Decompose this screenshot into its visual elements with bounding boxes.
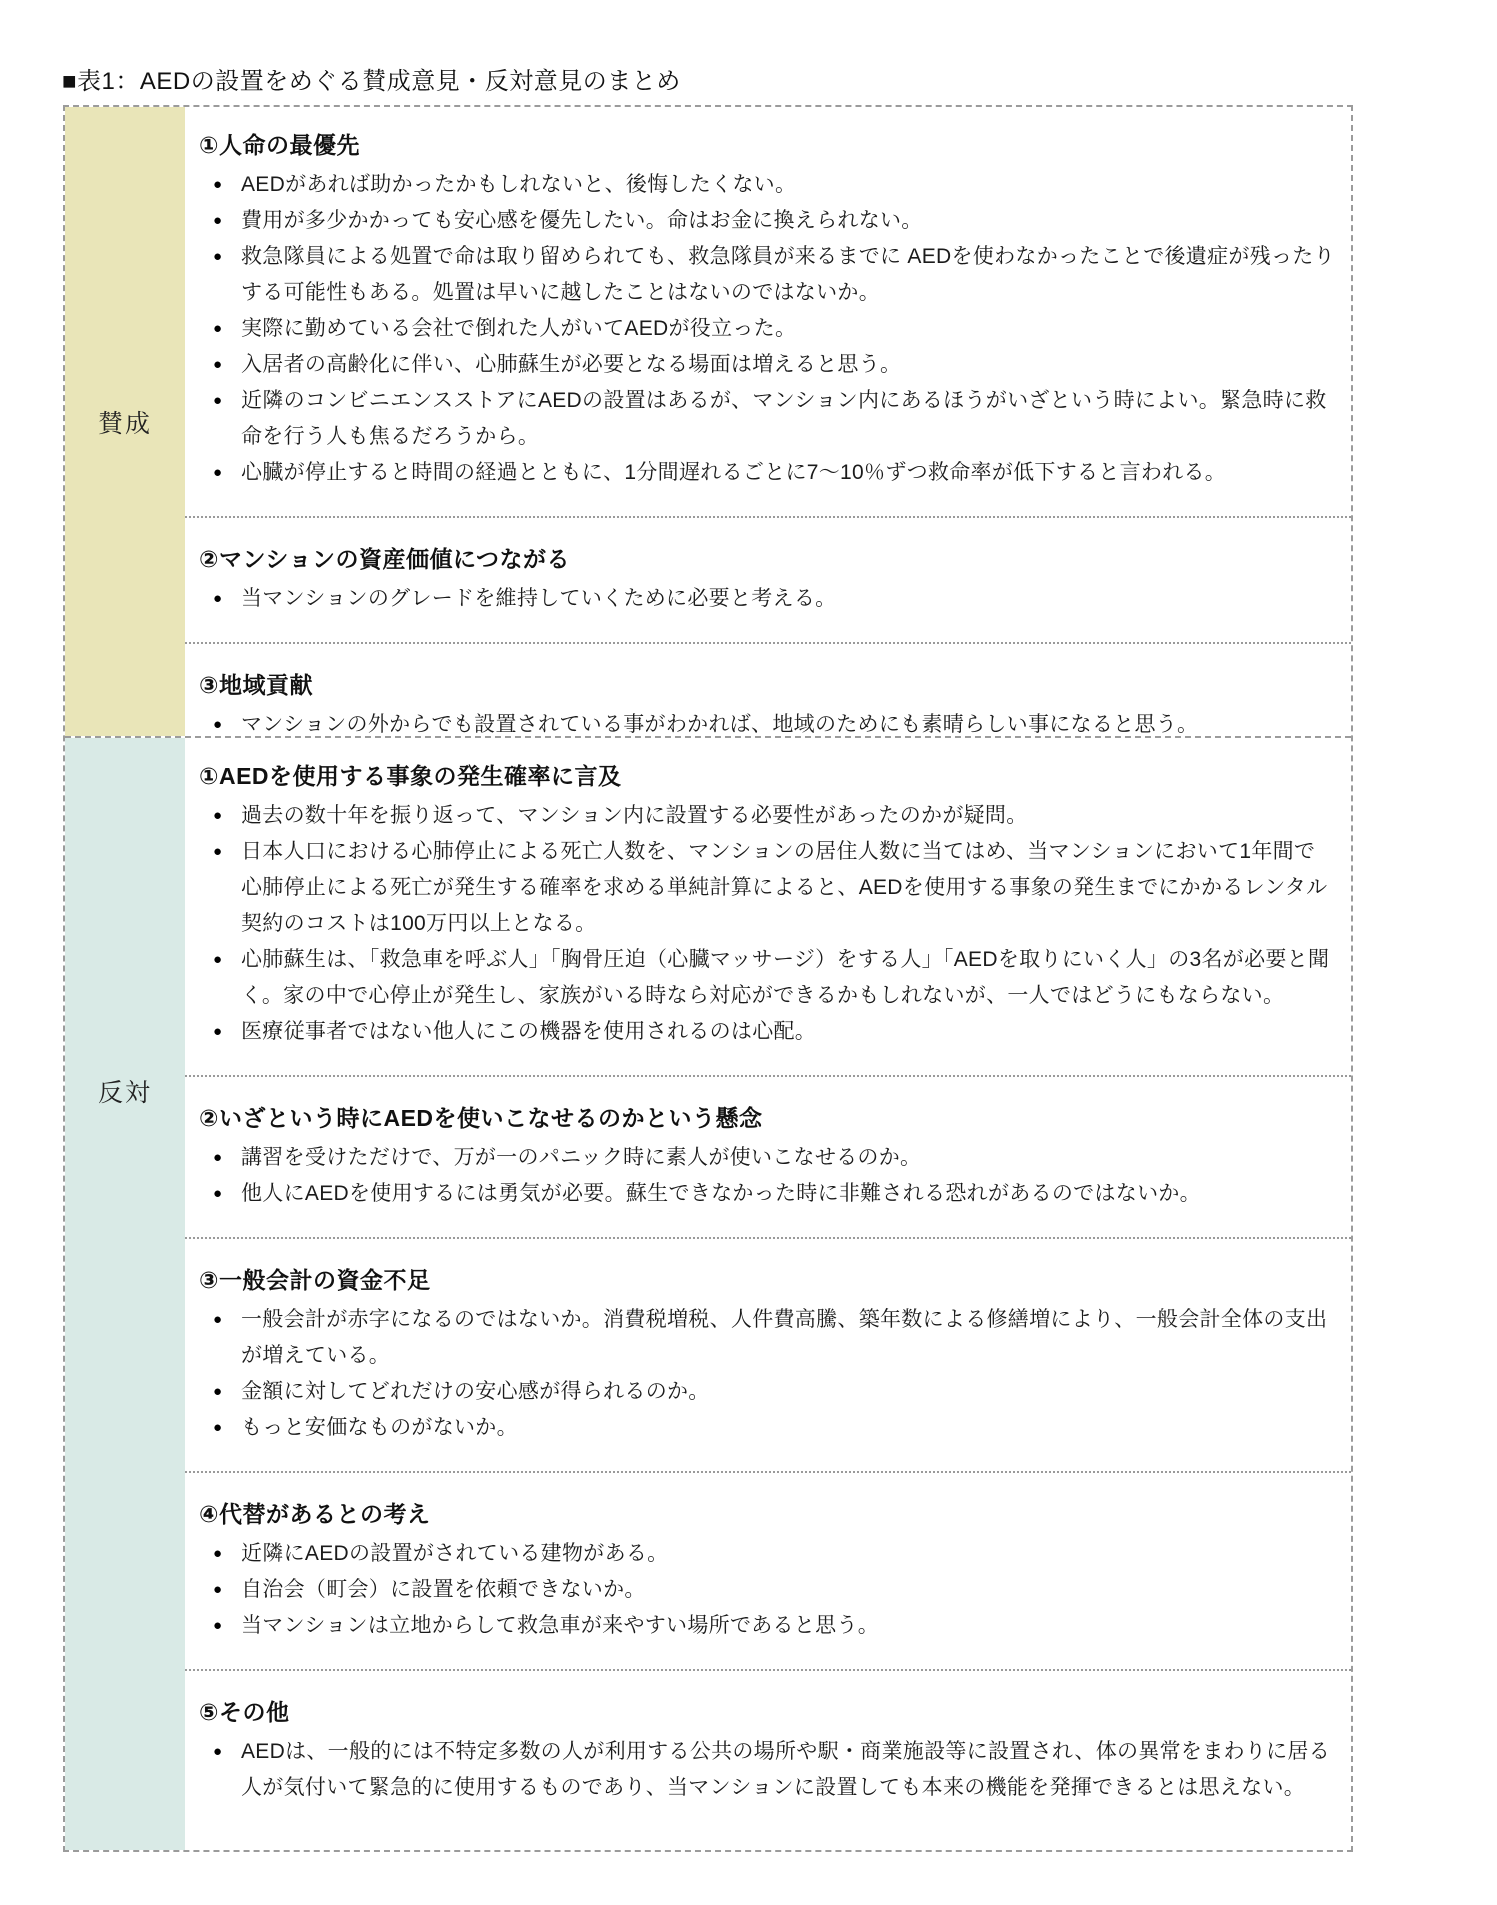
section-heading: ③一般会計の資金不足 [199,1264,1335,1296]
bullet-icon: ● [213,203,222,239]
bullet-icon: ● [213,1608,222,1644]
bullet-icon: ● [213,455,222,491]
bullet-item: ●入居者の高齢化に伴い、心肺蘇生が必要となる場面は増えると思う。 [199,347,1335,383]
bullet-icon: ● [213,167,222,203]
section-heading: ②マンションの資産価値につながる [199,543,1335,575]
bullet-text: マンションの外からでも設置されている事がわかれば、地域のためにも素晴らしい事にな… [241,713,1198,736]
bullet-item: ●金額に対してどれだけの安心感が得られるのか。 [199,1374,1335,1410]
section-divider [185,516,1351,518]
opinion-section: ①AEDを使用する事象の発生確率に言及●過去の数十年を振り返って、マンション内に… [199,760,1335,1050]
bullet-item: ●他人にAEDを使用するには勇気が必要。蘇生できなかった時に非難される恐れがある… [199,1176,1335,1212]
bullet-item: ●心肺蘇生は、「救急車を呼ぶ人」「胸骨圧迫（心臓マッサージ）をする人」「AEDを… [199,942,1335,1014]
opinion-summary-table: 賛成①人命の最優先●AEDがあれば助かったかもしれないと、後悔したくない。●費用… [63,105,1353,1852]
bullet-text: 自治会（町会）に設置を依頼できないか。 [241,1578,646,1601]
bullet-item: ●費用が多少かかっても安心感を優先したい。命はお金に換えられない。 [199,203,1335,239]
opinion-section: ②マンションの資産価値につながる●当マンションのグレードを維持していくために必要… [199,543,1335,617]
bullet-text: 当マンションは立地からして救急車が来やすい場所であると思う。 [241,1614,879,1637]
bullet-text: 心臓が停止すると時間の経過とともに、1分間遅れるごとに7～10％ずつ救命率が低下… [241,461,1226,484]
bullet-item: ●過去の数十年を振り返って、マンション内に設置する必要性があったのかが疑問。 [199,798,1335,834]
bullet-text: 費用が多少かかっても安心感を優先したい。命はお金に換えられない。 [241,209,923,232]
bullet-icon: ● [213,1572,222,1608]
row-label: 賛成 [98,404,152,440]
bullet-icon: ● [213,1014,222,1050]
section-divider [185,1471,1351,1473]
bullet-item: ●医療従事者ではない他人にこの機器を使用されるのは心配。 [199,1014,1335,1050]
bullet-text: 過去の数十年を振り返って、マンション内に設置する必要性があったのかが疑問。 [241,804,1028,827]
bullet-item: ●AEDがあれば助かったかもしれないと、後悔したくない。 [199,167,1335,203]
bullet-text: 救急隊員による処置で命は取り留められても、救急隊員が来るまでに AEDを使わなか… [241,245,1335,304]
bullet-item: ●マンションの外からでも設置されている事がわかれば、地域のためにも素晴らしい事に… [199,707,1335,736]
bullet-icon: ● [213,1734,222,1770]
bullet-item: ●もっと安価なものがないか。 [199,1410,1335,1446]
bullet-item: ●近隣にAEDの設置がされている建物がある。 [199,1536,1335,1572]
opinion-section: ②いざという時にAEDを使いこなせるのかという懸念●講習を受けただけで、万が一の… [199,1102,1335,1212]
section-heading: ①AEDを使用する事象の発生確率に言及 [199,760,1335,792]
bullet-icon: ● [213,581,222,617]
section-heading: ①人命の最優先 [199,129,1335,161]
bullet-icon: ● [213,1176,222,1212]
bullet-icon: ● [213,834,222,870]
bullet-item: ●自治会（町会）に設置を依頼できないか。 [199,1572,1335,1608]
bullet-icon: ● [213,1140,222,1176]
section-heading: ④代替があるとの考え [199,1498,1335,1530]
table-row-con: 反対①AEDを使用する事象の発生確率に言及●過去の数十年を振り返って、マンション… [65,736,1351,1850]
row-label-cell-con: 反対 [65,738,185,1850]
bullet-item: ●当マンションのグレードを維持していくために必要と考える。 [199,581,1335,617]
bullet-text: 日本人口における心肺停止による死亡人数を、マンションの居住人数に当てはめ、当マン… [241,840,1327,935]
section-heading: ③地域貢献 [199,669,1335,701]
opinion-section: ③一般会計の資金不足●一般会計が赤字になるのではないか。消費税増税、人件費高騰、… [199,1264,1335,1446]
bullet-text: 講習を受けただけで、万が一のパニック時に素人が使いこなせるのか。 [241,1146,921,1169]
bullet-text: 一般会計が赤字になるのではないか。消費税増税、人件費高騰、築年数による修繕増によ… [241,1308,1327,1367]
bullet-text: 実際に勤めている会社で倒れた人がいてAEDが役立った。 [241,317,796,340]
section-divider [185,1075,1351,1077]
bullet-item: ●近隣のコンビニエンスストアにAEDの設置はあるが、マンション内にあるほうがいざ… [199,383,1335,455]
bullet-icon: ● [213,798,222,834]
table-row-pro: 賛成①人命の最優先●AEDがあれば助かったかもしれないと、後悔したくない。●費用… [65,107,1351,736]
bullet-icon: ● [213,707,222,736]
section-divider [185,1237,1351,1239]
opinion-section: ①人命の最優先●AEDがあれば助かったかもしれないと、後悔したくない。●費用が多… [199,129,1335,491]
bullet-item: ●当マンションは立地からして救急車が来やすい場所であると思う。 [199,1608,1335,1644]
bullet-item: ●救急隊員による処置で命は取り留められても、救急隊員が来るまでに AEDを使わな… [199,239,1335,311]
bullet-icon: ● [213,1536,222,1572]
bullet-item: ●講習を受けただけで、万が一のパニック時に素人が使いこなせるのか。 [199,1140,1335,1176]
bullet-text: 医療従事者ではない他人にこの機器を使用されるのは心配。 [241,1020,816,1043]
bullet-icon: ● [213,347,222,383]
opinion-section: ④代替があるとの考え●近隣にAEDの設置がされている建物がある。●自治会（町会）… [199,1498,1335,1644]
bullet-item: ●実際に勤めている会社で倒れた人がいてAEDが役立った。 [199,311,1335,347]
section-heading: ②いざという時にAEDを使いこなせるのかという懸念 [199,1102,1335,1134]
bullet-text: もっと安価なものがないか。 [241,1416,518,1439]
bullet-text: 近隣のコンビニエンスストアにAEDの設置はあるが、マンション内にあるほうがいざと… [241,389,1327,448]
row-label: 反対 [98,1073,152,1109]
bullet-icon: ● [213,1302,222,1338]
row-content-cell: ①人命の最優先●AEDがあれば助かったかもしれないと、後悔したくない。●費用が多… [185,107,1351,736]
bullet-item: ●心臓が停止すると時間の経過とともに、1分間遅れるごとに7～10％ずつ救命率が低… [199,455,1335,491]
bullet-item: ●AEDは、一般的には不特定多数の人が利用する公共の場所や駅・商業施設等に設置さ… [199,1734,1335,1806]
bullet-text: 入居者の高齢化に伴い、心肺蘇生が必要となる場面は増えると思う。 [241,353,901,376]
document-page: ■表1：AEDの設置をめぐる賛成意見・反対意見のまとめ 賛成①人命の最優先●AE… [0,0,1497,1905]
opinion-section: ③地域貢献●マンションの外からでも設置されている事がわかれば、地域のためにも素晴… [199,669,1335,736]
opinion-section: ⑤その他●AEDは、一般的には不特定多数の人が利用する公共の場所や駅・商業施設等… [199,1696,1335,1806]
section-divider [185,642,1351,644]
bullet-text: 心肺蘇生は、「救急車を呼ぶ人」「胸骨圧迫（心臓マッサージ）をする人」「AEDを取… [241,948,1329,1007]
section-heading: ⑤その他 [199,1696,1335,1728]
bullet-icon: ● [213,311,222,347]
bullet-item: ●日本人口における心肺停止による死亡人数を、マンションの居住人数に当てはめ、当マ… [199,834,1335,942]
bullet-icon: ● [213,1374,222,1410]
row-label-cell-pro: 賛成 [65,107,185,736]
bullet-icon: ● [213,942,222,978]
bullet-text: 当マンションのグレードを維持していくために必要と考える。 [241,587,836,610]
bullet-text: 他人にAEDを使用するには勇気が必要。蘇生できなかった時に非難される恐れがあるの… [241,1182,1201,1205]
page-title: ■表1：AEDの設置をめぐる賛成意見・反対意見のまとめ [62,66,681,98]
bullet-text: AEDは、一般的には不特定多数の人が利用する公共の場所や駅・商業施設等に設置され… [241,1740,1330,1799]
bullet-item: ●一般会計が赤字になるのではないか。消費税増税、人件費高騰、築年数による修繕増に… [199,1302,1335,1374]
bullet-text: 金額に対してどれだけの安心感が得られるのか。 [241,1380,710,1403]
bullet-text: AEDがあれば助かったかもしれないと、後悔したくない。 [241,173,796,196]
bullet-icon: ● [213,1410,222,1446]
bullet-text: 近隣にAEDの設置がされている建物がある。 [241,1542,668,1565]
row-content-cell: ①AEDを使用する事象の発生確率に言及●過去の数十年を振り返って、マンション内に… [185,738,1351,1850]
bullet-icon: ● [213,239,222,275]
section-divider [185,1669,1351,1671]
bullet-icon: ● [213,383,222,419]
